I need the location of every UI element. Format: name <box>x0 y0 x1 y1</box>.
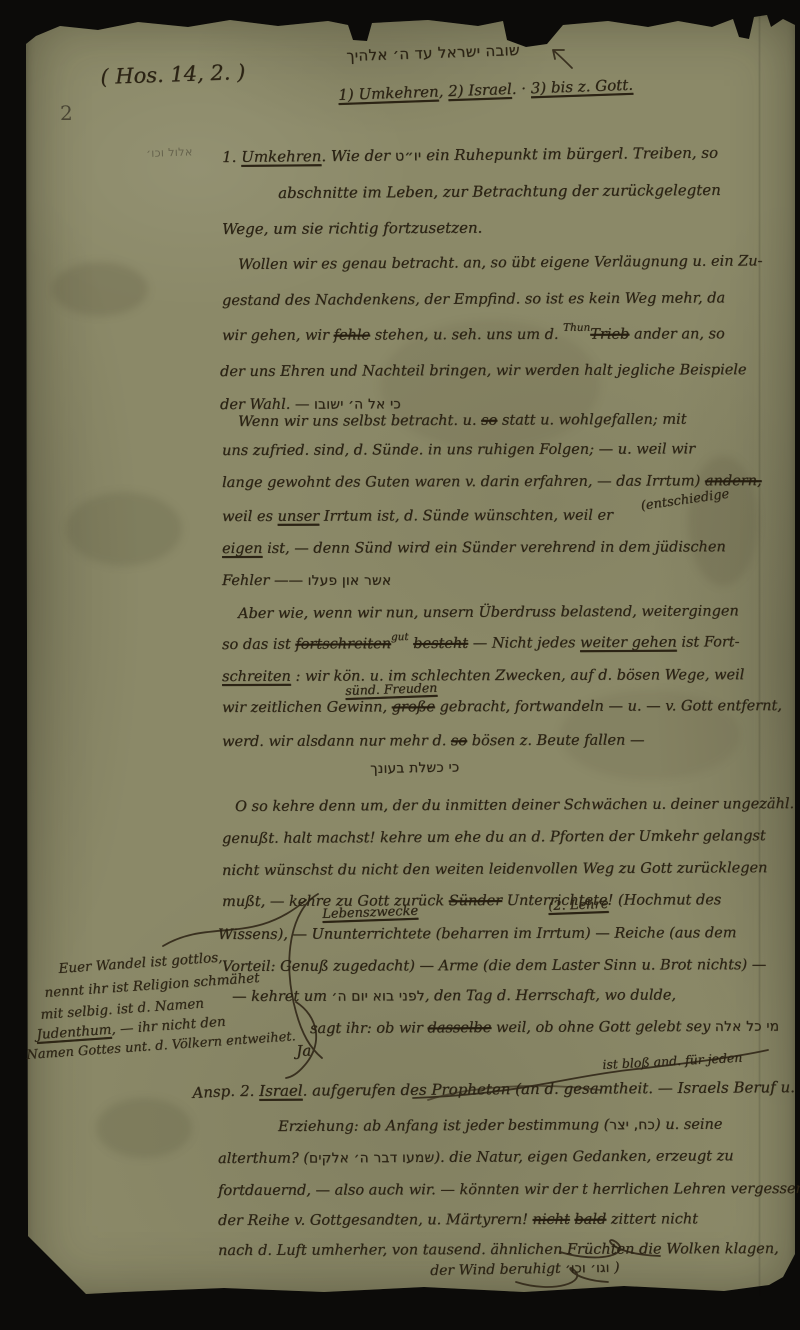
handwritten-text: — Nicht jedes <box>468 635 580 652</box>
handwritten-text: der Wahl. — <box>220 397 314 413</box>
handwritten-text: so <box>451 733 467 749</box>
handwritten-text: so <box>481 413 497 429</box>
inserted-word: Lebenszwecke <box>322 905 418 922</box>
manuscript-line: lange gewohnt des Guten waren v. darin e… <box>222 474 762 491</box>
handwritten-text: andern, <box>705 473 762 489</box>
handwritten-text: gebracht, fortwandeln — u. — v. Gott ent… <box>435 698 782 715</box>
manuscript-line: 2. Israel. aufgerufen des Propheten (an … <box>240 1080 795 1100</box>
handwritten-text: ist, — denn Sünd wird ein Sünder verehre… <box>262 539 725 557</box>
handwritten-text: wir gehen, wir <box>222 328 334 344</box>
manuscript-line: sagt ihr: ob wir dasselbe weil, ob ohne … <box>310 1020 779 1038</box>
handwritten-text: 2 <box>60 101 73 125</box>
manuscript-line: Wissens), — Ununterrichtete (beharren im… <box>218 926 736 943</box>
handwritten-text: so das ist <box>222 637 295 653</box>
manuscript-line: Wege, um sie richtig fortzusetzen. <box>222 221 482 238</box>
handwritten-text: (2. Lehre <box>548 897 609 914</box>
hebrew-text: אלול וכו׳ <box>146 145 193 160</box>
handwritten-text: ) u. seine <box>655 1117 722 1133</box>
handwritten-text: Thun <box>563 322 590 334</box>
manuscript-line: wir zeitlichen Gewinn, große gebracht, f… <box>222 699 782 716</box>
handwritten-text: Vorteil: Genuß zugedacht) — Arme (die de… <box>222 957 766 975</box>
manuscript-line: schreiten : wir kön. u. im schlechten Zw… <box>222 668 744 685</box>
manuscript-line: der Reihe v. Gottgesandten, u. Märtyrern… <box>218 1212 698 1229</box>
manuscript-line: nicht wünschst du nicht den weiten leide… <box>222 861 767 879</box>
handwritten-text: 1) Umkehren <box>338 82 439 103</box>
handwritten-text: sünd. Freuden <box>345 680 437 698</box>
handwritten-text: statt u. wohlgefallen; mit <box>497 412 686 429</box>
hebrew-text: מי כל אלה <box>715 1019 779 1035</box>
handwritten-text: Unterrichtete! (Hochmut des <box>502 892 721 909</box>
handwritten-text: Wissens), — Ununterrichtete (beharren im… <box>218 925 736 943</box>
handwritten-text: bald <box>574 1212 606 1228</box>
handwritten-text: uns zufried. sind, d. Sünde. in uns ruhi… <box>222 441 695 459</box>
handwritten-text: große <box>392 699 435 715</box>
handwritten-text: 1. <box>222 148 241 166</box>
pencil-margin-note: אלול וכו׳ <box>146 145 193 159</box>
hebrew-verse-header: שובה ישראל עד ה׳ אלהיך <box>346 42 520 65</box>
manuscript-line: Erziehung: ab Anfang ist jeder bestimmun… <box>278 1118 722 1136</box>
handwritten-text: , <box>438 82 448 100</box>
handwritten-text: , den Tag d. Herrschaft, wo dulde, <box>425 987 676 1004</box>
hebrew-text: וגו׳ וכו׳ <box>565 1261 610 1277</box>
inserted-phrase: sünd. Freuden <box>345 681 437 697</box>
handwritten-text: lange gewohnt des Guten waren v. darin e… <box>222 473 705 491</box>
manuscript-line: Fehler —— אשר און פעלו <box>222 574 391 590</box>
inserted-word: (2. Lehre <box>548 898 609 914</box>
handwritten-text: eigen <box>222 541 262 557</box>
manuscript-line: Vorteil: Genuß zugedacht) — Arme (die de… <box>222 958 766 975</box>
handwritten-text: Euer Wandel ist gottlos, <box>58 950 223 977</box>
handwritten-text: weiter gehen <box>580 635 677 652</box>
handwritten-text: Wenn wir uns selbst betracht. u. <box>238 413 481 430</box>
handwritten-text: Wege, um sie richtig fortzusetzen. <box>222 219 482 238</box>
manuscript-line: gestand des Nachdenkens, der Empfind. so… <box>222 291 725 309</box>
manuscript-line: werd. wir alsdann nur mehr d. so bösen z… <box>222 734 644 751</box>
handwritten-text: fehle <box>334 327 371 343</box>
handwritten-text: (entschiedige <box>640 487 730 514</box>
handwritten-text: besteht <box>413 636 468 652</box>
margin-note-line: Euer Wandel ist gottlos, <box>58 951 223 977</box>
manuscript-line: abschnitte im Leben, zur Betrachtung der… <box>278 183 721 202</box>
handwritten-text: Lebenszwecke <box>322 904 418 922</box>
manuscript-line: כי כשלת בעונך <box>370 760 460 777</box>
handwritten-text: Umkehren <box>241 147 321 166</box>
manuscript-line: wir gehen, wir fehle stehen, u. seh. uns… <box>222 327 725 344</box>
handwritten-text: — kehret um <box>232 989 332 1005</box>
citation-hosea: ( Hos. 14, 2. ) <box>100 61 246 88</box>
handwritten-text: sagt ihr: ob wir <box>310 1020 428 1037</box>
handwritten-text: weil es <box>222 509 278 525</box>
handwritten-text: unser <box>278 509 320 525</box>
manuscript-line: Wollen wir es genau betracht. an, so übt… <box>238 254 762 273</box>
handwritten-text: stehen, u. seh. uns um d. <box>370 327 563 344</box>
handwritten-text: der Reihe v. Gottgesandten, u. Märtyrern… <box>218 1212 533 1229</box>
manuscript-line: Ja <box>296 1043 312 1059</box>
handwritten-text: ist Fort- <box>677 634 740 650</box>
manuscript-line: fortdauernd, — also auch wir. — könnten … <box>218 1182 800 1199</box>
manuscript-line: Wenn wir uns selbst betracht. u. so stat… <box>238 413 687 431</box>
handwritten-text: nach d. Luft umherher, von tausend. ähnl… <box>218 1241 779 1259</box>
page-number: 2 <box>60 103 73 124</box>
hebrew-text: שמעו דבר ה׳ אלקים <box>309 1150 435 1167</box>
manuscript-line: alterthum? (שמעו דבר ה׳ אלקים). die Natu… <box>218 1149 734 1167</box>
margin-word: Ansp. <box>192 1084 235 1102</box>
handwritten-text: fortschreiten <box>295 636 391 653</box>
handwritten-text: nicht wünschst du nicht den weiten leide… <box>222 860 767 879</box>
handwritten-text: Ansp. <box>192 1082 235 1102</box>
manuscript-line: weil es unser Irrtum ist, d. Sünde wünsc… <box>222 509 613 526</box>
handwritten-text: Trieb <box>590 327 629 343</box>
handwritten-text: gut <box>391 631 409 643</box>
handwritten-text: 2) Israel <box>448 80 512 100</box>
handwritten-text: ander an, so <box>629 326 724 342</box>
inserted-phrase: ist bloß and. für jeden <box>602 1051 743 1071</box>
handwritten-text: gestand des Nachdenkens, der Empfind. so… <box>222 290 725 309</box>
manuscript-line: nach d. Luft umherher, von tausend. ähnl… <box>218 1242 779 1259</box>
handwritten-text: Ja <box>296 1041 312 1060</box>
handwritten-text: dasselbe <box>427 1020 491 1036</box>
handwritten-text: Judenthum <box>36 1022 112 1043</box>
handwritten-text: 2. <box>240 1082 259 1100</box>
handwritten-text: ein Ruhepunkt im bürgerl. Treiben, so <box>421 144 718 165</box>
handwritten-text: wir zeitlichen Gewinn, <box>222 699 392 716</box>
handwritten-text: ( Hos. 14, 2. ) <box>100 60 246 89</box>
handwritten-text: der Wind beruhigt <box>430 1261 565 1279</box>
hebrew-text: שובה ישראל עד ה׳ אלהיך <box>346 41 520 65</box>
inserted-word: (entschiedige <box>640 488 730 514</box>
handwritten-text: Irrtum ist, d. Sünde wünschten, weil er <box>319 508 613 525</box>
manuscript-line: O so kehre denn um, der du inmitten dein… <box>235 797 794 815</box>
hebrew-text: אשר און פעלו <box>308 573 392 589</box>
hebrew-text: כח, יצר <box>609 1117 655 1133</box>
handwritten-text: . aufgerufen des Propheten (an d. gesamt… <box>303 1078 795 1099</box>
handwritten-text: genußt. halt machst! kehre um ehe du an … <box>222 828 766 847</box>
handwritten-text: fortdauernd, — also auch wir. — könnten … <box>218 1181 800 1199</box>
manuscript-line: mußt, — kehre zu Gott zurück Sünder Unte… <box>222 893 721 910</box>
handwritten-text: ist bloß and. für jeden <box>602 1050 743 1072</box>
handwritten-text: . Wie der <box>321 146 395 165</box>
hebrew-text: כי כשלת בעונך <box>370 759 460 777</box>
handwritten-text: abschnitte im Leben, zur Betrachtung der… <box>278 181 721 202</box>
handwritten-text: weil, ob ohne Gott gelebt sey <box>491 1019 715 1036</box>
hebrew-text: כי אל ה׳ ישובו <box>314 396 401 412</box>
manuscript-line: uns zufried. sind, d. Sünde. in uns ruhi… <box>222 442 695 459</box>
manuscript-line: 1. Umkehren. Wie der יו״ט ein Ruhepunkt … <box>222 146 718 166</box>
handwriting-layer: שובה ישראל עד ה׳ אלהיך( Hos. 14, 2. )1) … <box>0 0 800 1330</box>
handwritten-text: bösen z. Beute fallen — <box>467 733 644 750</box>
manuscript-line: der Wind beruhigt וגו׳ וכו׳ ) <box>430 1261 620 1279</box>
handwritten-text: schreiten <box>222 669 291 685</box>
handwritten-text: Fehler —— <box>222 573 308 589</box>
manuscript-line: genußt. halt machst! kehre um ehe du an … <box>222 829 766 847</box>
handwritten-text: zittert nicht <box>606 1211 698 1227</box>
handwritten-text: nicht <box>532 1212 569 1228</box>
manuscript-line: — kehret um לפני בוא יום ה׳, den Tag d. … <box>232 988 676 1005</box>
handwritten-text: , — ihr nicht den <box>111 1014 226 1038</box>
hebrew-text: יו״ט <box>395 148 422 164</box>
manuscript-line: eigen ist, — denn Sünd wird ein Sünder v… <box>222 540 726 557</box>
handwritten-text: der uns Ehren und Nachteil bringen, wir … <box>220 362 747 380</box>
hebrew-text: לפני בוא יום ה׳ <box>331 988 424 1004</box>
sermon-outline: 1) Umkehren, 2) Israel. · 3) bis z. Gott… <box>338 78 633 104</box>
handwritten-text: werd. wir alsdann nur mehr d. <box>222 733 451 750</box>
handwritten-text: Aber wie, wenn wir nun, unsern Überdruss… <box>238 603 739 622</box>
handwritten-text: Erziehung: ab Anfang ist jeder bestimmun… <box>278 1117 609 1135</box>
handwritten-text: alterthum? ( <box>218 1151 309 1167</box>
handwritten-text: Sünder <box>449 893 502 909</box>
handwritten-text: ) <box>609 1260 619 1276</box>
handwritten-text: Wollen wir es genau betracht. an, so übt… <box>238 253 762 273</box>
manuscript-line: der uns Ehren und Nachteil bringen, wir … <box>220 363 747 380</box>
manuscript-line: Aber wie, wenn wir nun, unsern Überdruss… <box>238 604 739 622</box>
manuscript-line: der Wahl. — כי אל ה׳ ישובו <box>220 397 401 413</box>
handwritten-text: Israel <box>259 1082 303 1100</box>
manuscript-scan: שובה ישראל עד ה׳ אלהיך( Hos. 14, 2. )1) … <box>0 0 800 1330</box>
manuscript-line: so das ist fortschreitengut besteht — Ni… <box>222 635 740 653</box>
handwritten-text: 3) bis z. Gott. <box>530 76 633 98</box>
handwritten-text: O so kehre denn um, der du inmitten dein… <box>235 796 794 815</box>
handwritten-text: . · <box>511 79 531 98</box>
handwritten-text: ). die Natur, eigen Gedanken, erzeugt zu <box>434 1148 733 1166</box>
